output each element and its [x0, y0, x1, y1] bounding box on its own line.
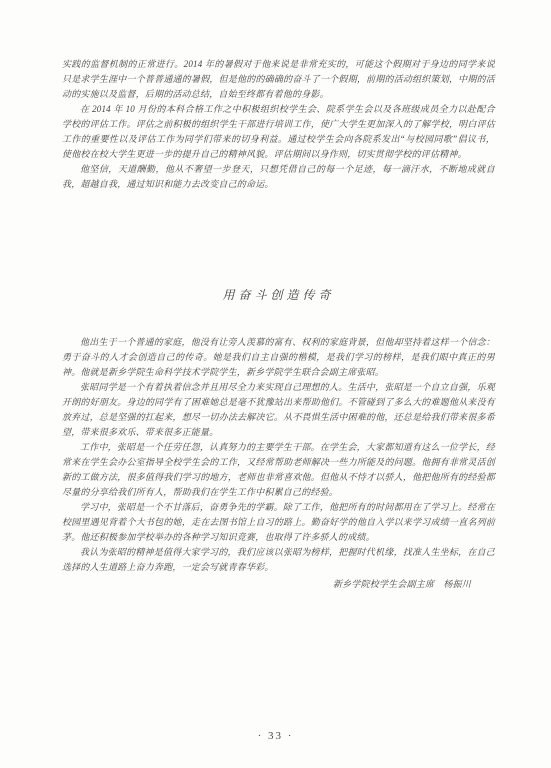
author-signature: 新乡学院校学生会副主席 杨振川	[62, 577, 495, 592]
article-paragraph: 学习中，张昭是一个不甘落后，奋勇争先的学霸。除了工作，他把所有的时间都用在了学习…	[62, 500, 495, 545]
article-title: 用奋斗创造传奇	[62, 286, 495, 303]
document-page: 实践的监督机制的正常进行。2014 年的暑假对于他来说是非常充实的，可能这个假期…	[0, 0, 551, 768]
article-paragraph: 工作中，张昭是一个任劳任怨，认真努力的主要学生干部。在学生会，大家都知道有这么一…	[62, 440, 495, 500]
continuation-paragraph: 实践的监督机制的正常进行。2014 年的暑假对于他来说是非常充实的，可能这个假期…	[62, 57, 495, 102]
continuation-paragraph: 在 2014 年 10 月份的本科合格工作之中积极组织校学生会、院系学生会以及各…	[62, 102, 495, 162]
article-paragraph: 他出生于一个普通的家庭，他没有让旁人羡慕的富有、权利的家庭背景，但他却坚持着这样…	[62, 335, 495, 380]
article-paragraph: 我认为张昭的精神是值得大家学习的，我们应该以张昭为榜样，把握时代机缘，找准人生坐…	[62, 545, 495, 575]
page-number: · 33 ·	[0, 730, 551, 742]
article-paragraph: 张昭同学是一个有着执着信念并且用尽全力来实现自己理想的人。生活中，张昭是一个自立…	[62, 380, 495, 440]
article-body: 他出生于一个普通的家庭，他没有让旁人羡慕的富有、权利的家庭背景，但他却坚持着这样…	[62, 335, 495, 592]
continuation-paragraph: 他坚信，天道酬勤，他从不奢望一步登天，只想凭借自己的每一个足迹，每一滴汗水，不断…	[62, 162, 495, 192]
continuation-section: 实践的监督机制的正常进行。2014 年的暑假对于他来说是非常充实的，可能这个假期…	[62, 57, 495, 192]
